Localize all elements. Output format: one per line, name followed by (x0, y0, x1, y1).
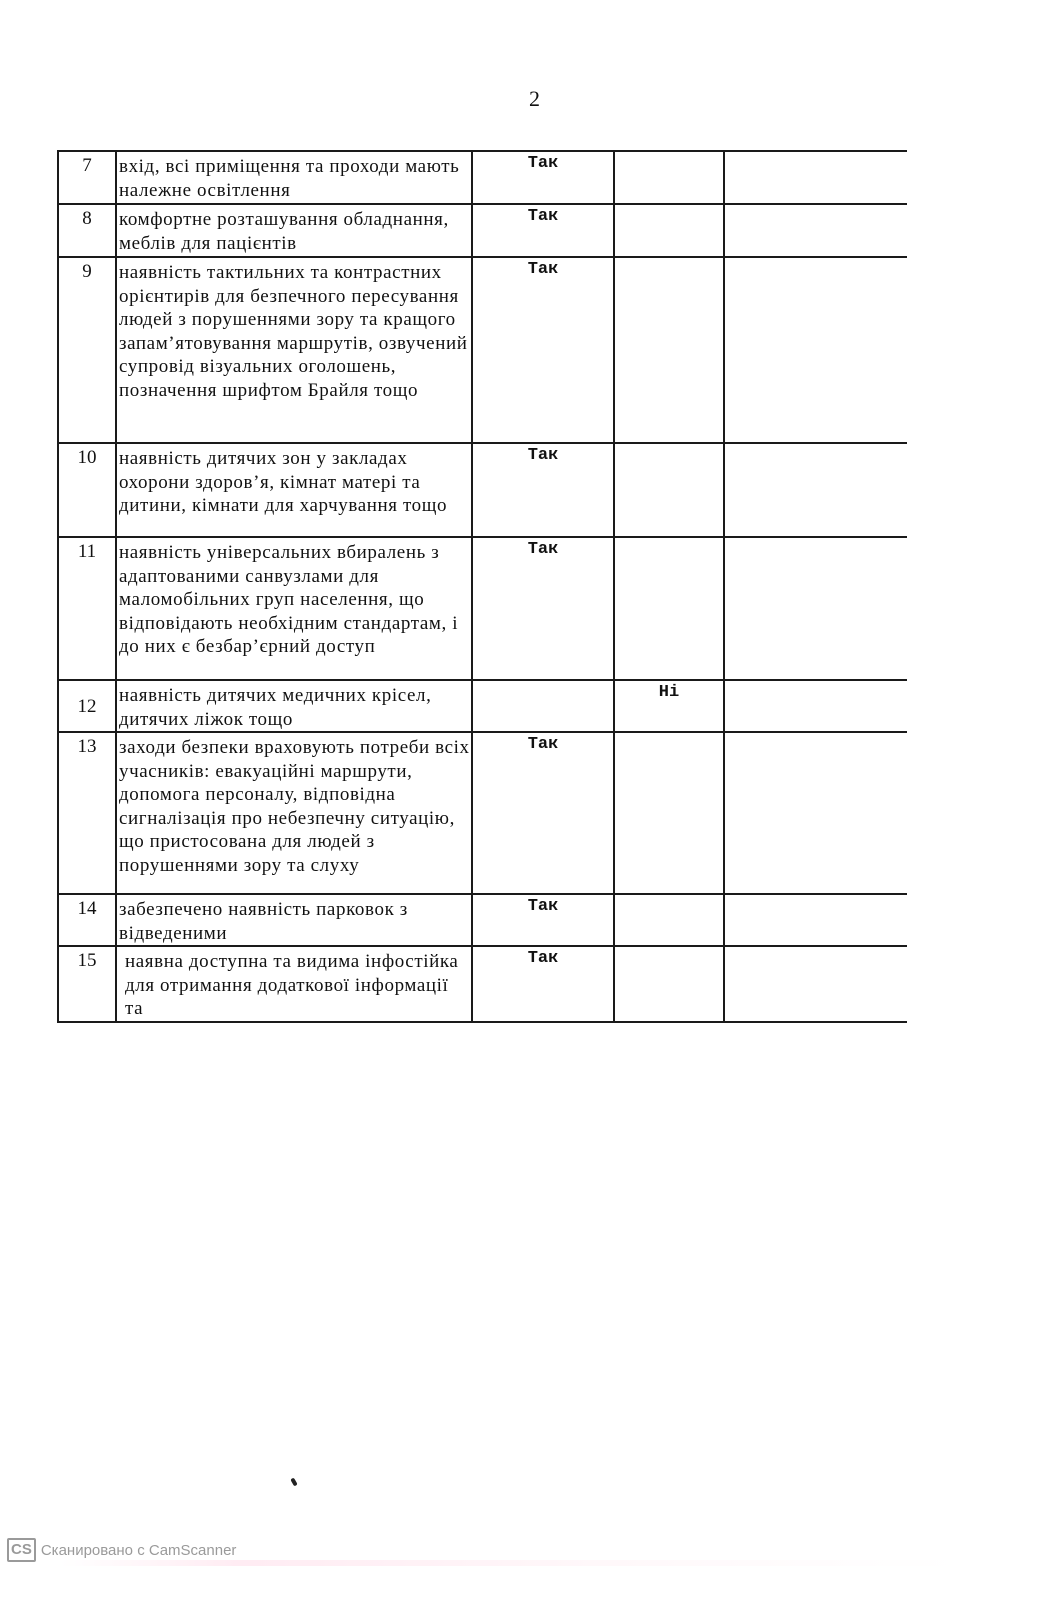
table-row: 10 наявність дитячих зон у закладах охор… (58, 443, 907, 537)
yes-cell: Так (472, 894, 614, 946)
yes-cell: Так (472, 151, 614, 204)
no-cell (614, 732, 724, 894)
no-cell (614, 946, 724, 1022)
yes-cell: Так (472, 732, 614, 894)
table-row: 7 вхід, всі приміщення та проходи мають … (58, 151, 907, 204)
row-number: 10 (58, 443, 116, 537)
note-cell (724, 680, 907, 732)
no-cell (614, 257, 724, 443)
row-criterion: наявність тактильних та контрастних оріє… (116, 257, 472, 443)
row-number: 15 (58, 946, 116, 1022)
row-criterion: вхід, всі приміщення та проходи мають на… (116, 151, 472, 204)
no-cell (614, 443, 724, 537)
note-cell (724, 443, 907, 537)
table-row: 12 наявність дитячих медичних крісел, ди… (58, 680, 907, 732)
row-criterion: наявність універсальних вбиралень з адап… (116, 537, 472, 680)
camscanner-watermark: CS Сканировано с CamScanner (7, 1538, 236, 1562)
row-number: 14 (58, 894, 116, 946)
table-row: 15 наявна доступна та видима інфостійка … (58, 946, 907, 1022)
note-cell (724, 204, 907, 257)
watermark-text: Сканировано с CamScanner (41, 1542, 237, 1559)
row-criterion: заходи безпеки враховують потреби всіх у… (116, 732, 472, 894)
table-row: 11 наявність універсальних вбиралень з а… (58, 537, 907, 680)
table-row: 8 комфортне розташування обладнання, меб… (58, 204, 907, 257)
no-cell (614, 894, 724, 946)
no-cell: Ні (614, 680, 724, 732)
camscanner-logo-icon: CS (7, 1538, 36, 1562)
no-cell (614, 204, 724, 257)
no-cell (614, 151, 724, 204)
yes-cell: Так (472, 537, 614, 680)
no-cell (614, 537, 724, 680)
table-row: 14 забезпечено наявність парковок з відв… (58, 894, 907, 946)
yes-cell: Так (472, 257, 614, 443)
table-row: 13 заходи безпеки враховують потреби всі… (58, 732, 907, 894)
table-row: 9 наявність тактильних та контрастних ор… (58, 257, 907, 443)
row-criterion: наявна доступна та видима інфостійка для… (116, 946, 472, 1022)
yes-cell: Так (472, 204, 614, 257)
yes-cell: Так (472, 946, 614, 1022)
note-cell (724, 151, 907, 204)
yes-cell: Так (472, 443, 614, 537)
note-cell (724, 946, 907, 1022)
page-number: 2 (0, 86, 1055, 112)
row-number: 12 (58, 680, 116, 732)
row-criterion: комфортне розташування обладнання, меблі… (116, 204, 472, 257)
note-cell (724, 257, 907, 443)
row-criterion: наявність дитячих медичних крісел, дитяч… (116, 680, 472, 732)
row-criterion: наявність дитячих зон у закладах охорони… (116, 443, 472, 537)
row-number: 8 (58, 204, 116, 257)
row-number: 11 (58, 537, 116, 680)
row-number: 7 (58, 151, 116, 204)
yes-cell (472, 680, 614, 732)
row-number: 9 (58, 257, 116, 443)
note-cell (724, 537, 907, 680)
accessibility-checklist-table: 7 вхід, всі приміщення та проходи мають … (57, 150, 907, 1023)
note-cell (724, 894, 907, 946)
row-number: 13 (58, 732, 116, 894)
scan-artifact-mark (290, 1478, 297, 1487)
note-cell (724, 732, 907, 894)
row-criterion: забезпечено наявність парковок з відведе… (116, 894, 472, 946)
